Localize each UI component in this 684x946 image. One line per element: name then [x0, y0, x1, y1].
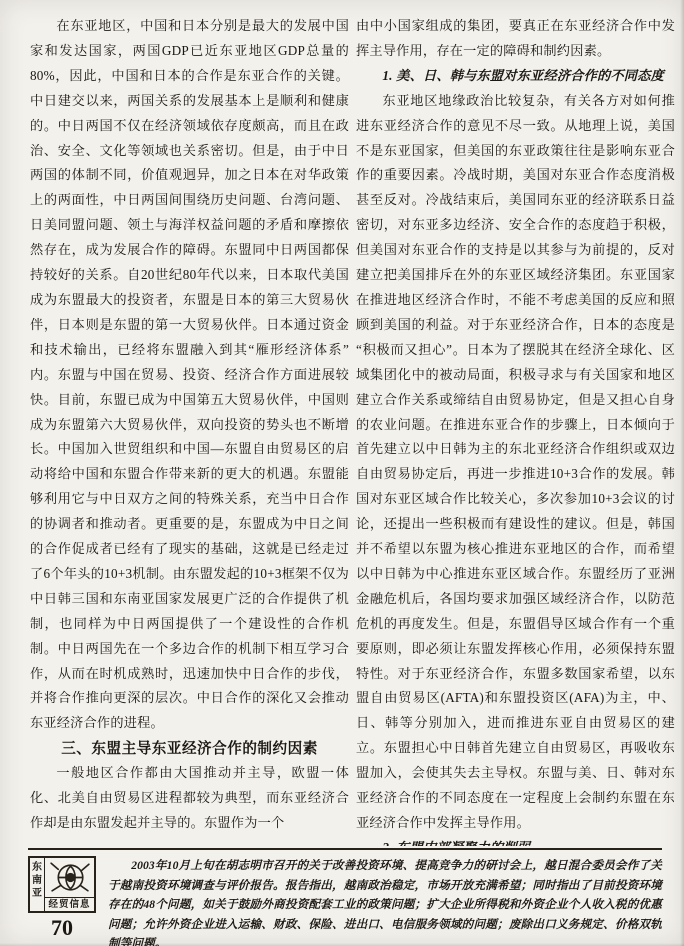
- right-paragraph-2: 东亚地区地缘政治比较复杂，有关各方对如何推进东亚经济合作的意见不尽一致。从地理上…: [356, 89, 675, 836]
- right-column: 由中小国家组成的集团，要真正在东亚经济合作中发挥主导作用，存在一定的障碍和制约因…: [356, 14, 675, 846]
- right-paragraph-continued: 由中小国家组成的集团，要真正在东亚经济合作中发挥主导作用，存在一定的障碍和制约因…: [356, 14, 675, 64]
- left-column: 在东亚地区，中国和日本分别是最大的发展中国家和发达国家，两国GDP已近东亚地区G…: [30, 14, 349, 846]
- subheading-1: 1. 美、日、韩与东盟对东亚经济合作的不同态度: [356, 64, 675, 89]
- footer-left-block: 东南亚: [28, 856, 98, 946]
- journal-stamp: 东南亚: [28, 856, 96, 913]
- page-body: 在东亚地区，中国和日本分别是最大的发展中国家和发达国家，两国GDP已近东亚地区G…: [0, 0, 684, 846]
- subheading-2: 2. 东盟内部凝聚力的削弱: [356, 836, 675, 846]
- scanned-journal-page: 在东亚地区，中国和日本分别是最大的发展中国家和发达国家，两国GDP已近东亚地区G…: [0, 0, 684, 946]
- footnote-text: 2003年10月上旬在胡志明市召开的关于改善投资环境、提高竞争力的研讨会上，越日…: [108, 856, 662, 946]
- left-paragraph-2: 一般地区合作都由大国推动并主导，欧盟一体化、北美自由贸易区进程都较为典型，而东亚…: [30, 761, 349, 836]
- page-footer: 东南亚: [0, 850, 684, 946]
- stamp-vertical-title: 东南亚: [30, 858, 45, 911]
- stamp-emblem-icon: [45, 858, 94, 897]
- stamp-bottom-title: 经贸信息: [45, 897, 94, 911]
- scan-edge-shadow-right: [680, 0, 684, 946]
- page-number: 70: [28, 916, 96, 940]
- stamp-main: 经贸信息: [45, 858, 94, 911]
- left-paragraph-1: 在东亚地区，中国和日本分别是最大的发展中国家和发达国家，两国GDP已近东亚地区G…: [30, 14, 349, 736]
- section-heading: 三、东盟主导东亚经济合作的制约因素: [30, 736, 349, 761]
